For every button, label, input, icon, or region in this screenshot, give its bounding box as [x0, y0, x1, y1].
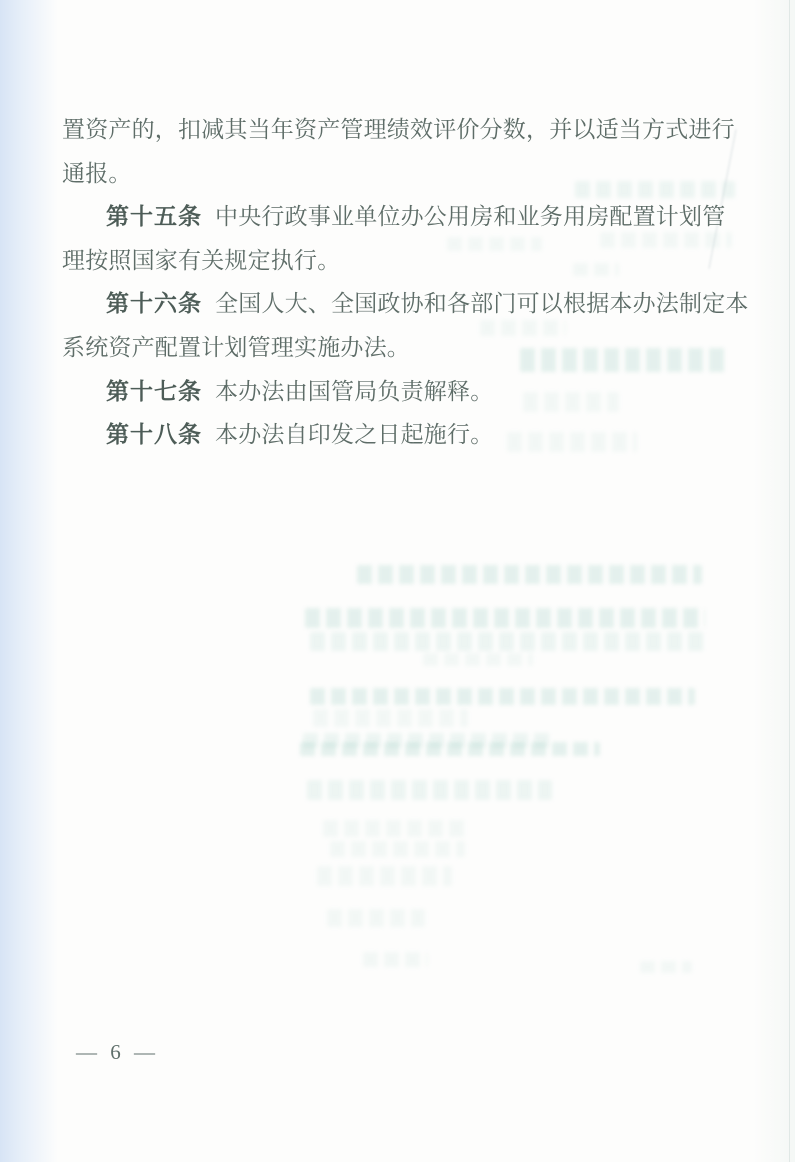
bleedthrough-row — [313, 709, 468, 727]
bleedthrough-row — [300, 742, 600, 756]
body-line-text: 本办法由国管局负责解释。 — [215, 379, 493, 404]
article-number: 第十五条 — [106, 204, 202, 229]
article-line-16: 第十六条全国人大、全国政协和各部门可以根据本办法制定本 — [62, 282, 710, 326]
bleedthrough-row — [323, 820, 468, 837]
article-number: 第十六条 — [106, 291, 202, 316]
bleedthrough-row — [363, 952, 428, 967]
document-body: 置资产的，扣减其当年资产管理绩效评价分数，并以适当方式进行 通报。 第十五条中央… — [62, 108, 710, 457]
bleedthrough-row — [327, 909, 425, 927]
body-line-text: 理按照国家有关规定执行。 — [62, 248, 340, 273]
article-line-17: 第十七条本办法由国管局负责解释。 — [62, 370, 710, 414]
body-line-text: 置资产的，扣减其当年资产管理绩效评价分数，并以适当方式进行 — [62, 117, 735, 142]
article-line-18: 第十八条本办法自印发之日起施行。 — [62, 413, 710, 457]
body-line: 理按照国家有关规定执行。 — [62, 239, 710, 283]
bleedthrough-row — [317, 866, 452, 886]
body-line-text: 中央行政事业单位办公用房和业务用房配置计划管 — [215, 204, 725, 229]
body-line-text: 系统资产配置计划管理实施办法。 — [62, 335, 410, 360]
bleedthrough-row — [310, 632, 705, 651]
body-line: 通报。 — [62, 152, 710, 196]
bleedthrough-row — [310, 688, 695, 705]
body-line-text: 通报。 — [62, 161, 132, 186]
bleedthrough-row — [305, 608, 705, 628]
scanned-page: 置资产的，扣减其当年资产管理绩效评价分数，并以适当方式进行 通报。 第十五条中央… — [0, 0, 795, 1162]
bleedthrough-row — [357, 565, 702, 584]
article-number: 第十七条 — [106, 379, 202, 404]
scan-edge-line — [789, 0, 790, 1162]
article-number: 第十八条 — [106, 422, 202, 447]
body-line: 系统资产配置计划管理实施办法。 — [62, 326, 710, 370]
bleedthrough-row — [330, 841, 465, 857]
article-line-15: 第十五条中央行政事业单位办公用房和业务用房配置计划管 — [62, 195, 710, 239]
body-line: 置资产的，扣减其当年资产管理绩效评价分数，并以适当方式进行 — [62, 108, 710, 152]
body-line-text: 本办法自印发之日起施行。 — [215, 422, 493, 447]
page-number: — 6 — — [76, 1040, 159, 1065]
bleedthrough-row — [640, 961, 692, 973]
bleedthrough-row — [423, 653, 533, 666]
bleedthrough-row — [307, 780, 552, 800]
body-line-text: 全国人大、全国政协和各部门可以根据本办法制定本 — [215, 291, 749, 316]
